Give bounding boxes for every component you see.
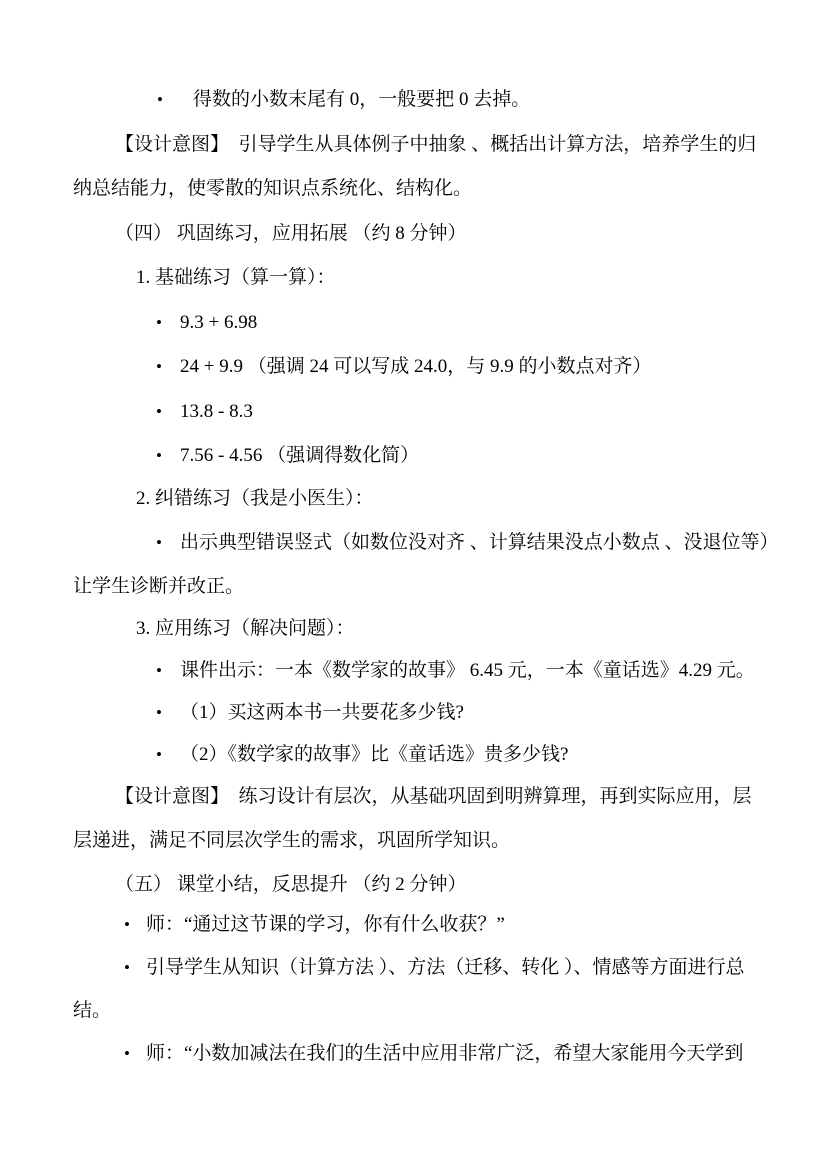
bullet-icon: •	[156, 702, 180, 724]
bullet-icon: •	[156, 312, 180, 334]
line-text: 得数的小数末尾有 0，一般要把 0 去掉。	[193, 89, 530, 111]
bullet-item-error-correction-line-2: 让学生诊断并改正。	[73, 576, 244, 598]
line-text: 让学生诊断并改正。	[73, 576, 244, 598]
line-text: 24 + 9.9 （强调 24 可以写成 24.0，与 9.9 的小数点对齐）	[180, 356, 651, 378]
line-text: 7.56 - 4.56 （强调得数化简）	[180, 445, 419, 467]
section-heading-5: （五） 课堂小结，反思提升 （约 2 分钟）	[115, 874, 467, 896]
bullet-icon: •	[156, 532, 180, 554]
bullet-item-summary-guide-line-2: 结。	[73, 1000, 111, 1022]
line-text: 出示典型错误竖式（如数位没对齐 、计算结果没点小数点 、没退位等）	[180, 532, 779, 554]
design-intent-1-line-2: 纳总结能力，使零散的知识点系统化、结构化。	[73, 178, 472, 200]
line-text: 师：“小数加减法在我们的生活中应用非常广泛，希望大家能用今天学到	[146, 1043, 743, 1065]
line-text: 课件出示：一本《数学家的故事》 6.45 元，一本《童话选》4.29 元。	[180, 660, 755, 682]
line-text: （四） 巩固练习，应用拓展 （约 8 分钟）	[115, 223, 467, 245]
bullet-icon: •	[156, 660, 180, 682]
bullet-icon: •	[156, 356, 180, 378]
line-text: 【设计意图】 练习设计有层次，从基础巩固到明辨算理，再到实际应用，层	[115, 786, 752, 808]
bullet-item-teacher-closing: • 师：“小数加减法在我们的生活中应用非常广泛，希望大家能用今天学到	[124, 1043, 743, 1065]
line-text: 师：“通过这节课的学习，你有什么收获？”	[146, 914, 505, 936]
bullet-item-question-2: • （2）《数学家的故事》比《童话选》贵多少钱?	[156, 744, 568, 766]
line-text: 【设计意图】 引导学生从具体例子中抽象 、概括出计算方法，培养学生的归	[115, 134, 756, 156]
bullet-icon: •	[156, 401, 180, 423]
bullet-item-summary-guide-line-1: • 引导学生从知识（计算方法 ）、方法（迁移、转化 ）、情感等方面进行总	[124, 957, 745, 979]
line-text: （2）《数学家的故事》比《童话选》贵多少钱?	[180, 744, 568, 766]
bullet-item-exercise-1: • 9.3 + 6.98	[156, 312, 257, 334]
bullet-icon: •	[124, 914, 146, 936]
design-intent-2-line-2: 层递进，满足不同层次学生的需求，巩固所学知识。	[73, 830, 510, 852]
bullet-icon: •	[156, 744, 180, 766]
design-intent-1-line-1: 【设计意图】 引导学生从具体例子中抽象 、概括出计算方法，培养学生的归	[115, 134, 756, 156]
bullet-item-exercise-4: • 7.56 - 4.56 （强调得数化简）	[156, 445, 419, 467]
line-text: （五） 课堂小结，反思提升 （约 2 分钟）	[115, 874, 467, 896]
line-text: 3. 应用练习（解决问题）：	[136, 618, 355, 640]
document-page: • 得数的小数末尾有 0，一般要把 0 去掉。 【设计意图】 引导学生从具体例子…	[0, 0, 827, 1170]
numbered-item-1: 1. 基础练习（算一算）：	[136, 267, 336, 289]
line-text: 9.3 + 6.98	[180, 312, 257, 334]
bullet-icon: •	[157, 89, 193, 111]
bullet-item-exercise-2: • 24 + 9.9 （强调 24 可以写成 24.0，与 9.9 的小数点对齐…	[156, 356, 651, 378]
line-text: 1. 基础练习（算一算）：	[136, 267, 336, 289]
bullet-item-courseware: • 课件出示：一本《数学家的故事》 6.45 元，一本《童话选》4.29 元。	[156, 660, 755, 682]
bullet-item-trailing-zero-rule: • 得数的小数末尾有 0，一般要把 0 去掉。	[157, 89, 530, 111]
bullet-item-exercise-3: • 13.8 - 8.3	[156, 401, 253, 423]
line-text: 纳总结能力，使零散的知识点系统化、结构化。	[73, 178, 472, 200]
numbered-item-3: 3. 应用练习（解决问题）：	[136, 618, 355, 640]
bullet-item-error-correction-line-1: • 出示典型错误竖式（如数位没对齐 、计算结果没点小数点 、没退位等）	[156, 532, 779, 554]
bullet-item-question-1: • （1）买这两本书一共要花多少钱?	[156, 702, 464, 724]
numbered-item-2: 2. 纠错练习（我是小医生）：	[136, 488, 374, 510]
bullet-icon: •	[124, 1043, 146, 1065]
bullet-item-teacher-question: • 师：“通过这节课的学习，你有什么收获？”	[124, 914, 505, 936]
design-intent-2-line-1: 【设计意图】 练习设计有层次，从基础巩固到明辨算理，再到实际应用，层	[115, 786, 752, 808]
line-text: 层递进，满足不同层次学生的需求，巩固所学知识。	[73, 830, 510, 852]
line-text: 结。	[73, 1000, 111, 1022]
line-text: （1）买这两本书一共要花多少钱?	[180, 702, 464, 724]
bullet-icon: •	[124, 957, 146, 979]
line-text: 引导学生从知识（计算方法 ）、方法（迁移、转化 ）、情感等方面进行总	[146, 957, 745, 979]
line-text: 13.8 - 8.3	[180, 401, 253, 423]
section-heading-4: （四） 巩固练习，应用拓展 （约 8 分钟）	[115, 223, 467, 245]
line-text: 2. 纠错练习（我是小医生）：	[136, 488, 374, 510]
bullet-icon: •	[156, 445, 180, 467]
